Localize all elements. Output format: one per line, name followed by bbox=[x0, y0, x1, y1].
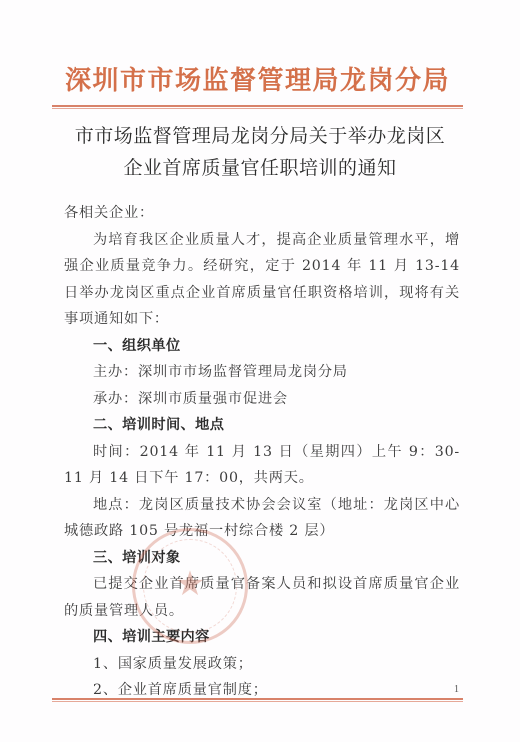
document-title: 市市场监督管理局龙岗分局关于举办龙岗区 企业首席质量官任职培训的通知 bbox=[40, 120, 480, 184]
page-number: 1 bbox=[454, 684, 459, 695]
organizer-undertaker: 承办：深圳市质量强市促进会 bbox=[64, 386, 460, 413]
training-audience: 已提交企业首席质量官备案人员和拟设首席质量官企业的质量管理人员。 bbox=[64, 571, 460, 624]
training-time: 时间：2014 年 11 月 13 日（星期四）上午 9：30-11 月 14 … bbox=[64, 439, 460, 492]
organization-letterhead: 深圳市市场监督管理局龙岗分局 bbox=[52, 64, 463, 98]
footer-divider bbox=[52, 698, 463, 702]
training-location: 地点：龙岗区质量技术协会会议室（地址：龙岗区中心城德政路 105 号龙福一村综合… bbox=[64, 492, 460, 545]
letterhead-divider bbox=[52, 105, 463, 109]
section-heading-organizers: 一、组织单位 bbox=[64, 333, 460, 360]
content-item-1: 1、国家质量发展政策； bbox=[64, 651, 460, 678]
title-line-2: 企业首席质量官任职培训的通知 bbox=[40, 152, 480, 184]
document-body: 各相关企业： 为培育我区企业质量人才，提高企业质量管理水平，增强企业质量竞争力。… bbox=[64, 200, 460, 704]
section-heading-audience: 三、培训对象 bbox=[64, 545, 460, 572]
organizer-host: 主办：深圳市市场监督管理局龙岗分局 bbox=[64, 359, 460, 386]
intro-paragraph: 为培育我区企业质量人才，提高企业质量管理水平，增强企业质量竞争力。经研究，定于 … bbox=[64, 227, 460, 333]
section-heading-time-place: 二、培训时间、地点 bbox=[64, 412, 460, 439]
document-page: 深圳市市场监督管理局龙岗分局 市市场监督管理局龙岗分局关于举办龙岗区 企业首席质… bbox=[0, 0, 520, 742]
section-heading-content: 四、培训主要内容 bbox=[64, 624, 460, 651]
title-line-1: 市市场监督管理局龙岗分局关于举办龙岗区 bbox=[40, 120, 480, 152]
salutation: 各相关企业： bbox=[64, 200, 460, 227]
